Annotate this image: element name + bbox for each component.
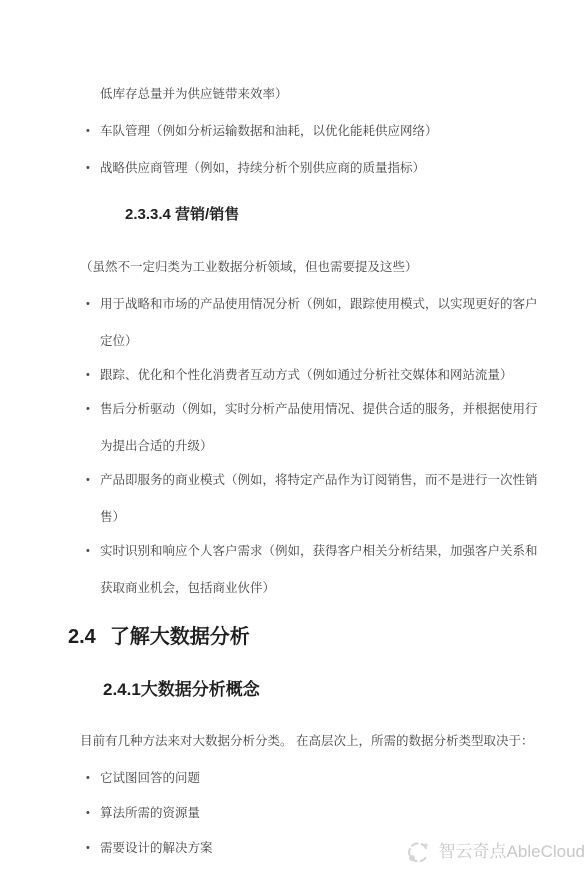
bullet-text: 跟踪、优化和个性化消费者互动方式（例如通过分析社交媒体和网站流量）: [100, 357, 556, 394]
heading-number: 2.4: [68, 623, 96, 651]
heading-title: 了解大数据分析: [110, 623, 250, 651]
bullet-item: • 实时识别和响应个人客户需求（例如，获得客户相关分析结果，加强客户关系和 获取…: [80, 533, 556, 607]
bullet-item: • 跟踪、优化和个性化消费者互动方式（例如通过分析社交媒体和网站流量）: [80, 357, 556, 394]
bullet-text: 车队管理（例如分析运输数据和油耗，以优化能耗供应网络）: [100, 113, 556, 150]
bullet-icon: •: [86, 760, 90, 797]
section-heading-marketing: 2.3.3.4 营销/销售: [125, 203, 556, 227]
intro-paragraph: 目前有几种方法来对大数据分析分类。 在高层次上，所需的数据分析类型取决于：: [80, 723, 556, 760]
section-heading-bigdata: 2.4 了解大数据分析: [68, 623, 556, 651]
bullet-item: • 它试图回答的问题: [80, 760, 556, 797]
bullet-icon: •: [86, 286, 90, 323]
bullet-item: • 算法所需的资源量: [80, 795, 556, 832]
subsection-heading-concepts: 2.4.1大数据分析概念: [103, 678, 556, 702]
note-paragraph: （虽然不一定归类为工业数据分析领域，但也需要提及这些）: [80, 249, 556, 286]
ablecloud-logo-icon: [404, 838, 432, 866]
brand-watermark: 智云奇点AbleCloud: [404, 838, 585, 866]
bullet-item: • 车队管理（例如分析运输数据和油耗，以优化能耗供应网络）: [80, 113, 556, 150]
brand-name: 智云奇点AbleCloud: [439, 838, 585, 866]
bullet-text: 售后分析驱动（例如，实时分析产品使用情况、提供合适的服务，并根据使用行: [100, 391, 556, 428]
bullet-text: 实时识别和响应个人客户需求（例如，获得客户相关分析结果，加强客户关系和: [100, 533, 556, 570]
bullet-icon: •: [86, 391, 90, 428]
bullet-text: 它试图回答的问题: [100, 760, 556, 797]
bullet-text-continuation: 定位）: [100, 323, 556, 360]
bullet-text: 用于战略和市场的产品使用情况分析（例如，跟踪使用模式，以实现更好的客户: [100, 286, 556, 323]
bullet-icon: •: [86, 533, 90, 570]
document-body: 低库存总量并为供应链带来效率） • 车队管理（例如分析运输数据和油耗，以优化能耗…: [80, 76, 556, 865]
bullet-icon: •: [86, 113, 90, 150]
bullet-text: 战略供应商管理（例如，持续分析个别供应商的质量指标）: [100, 150, 556, 187]
bullet-icon: •: [86, 462, 90, 499]
bullet-text-continuation: 为提出合适的升级）: [100, 428, 556, 465]
bullet-item: • 用于战略和市场的产品使用情况分析（例如，跟踪使用模式，以实现更好的客户 定位…: [80, 286, 556, 360]
bullet-icon: •: [86, 795, 90, 832]
bullet-text-continuation: 售）: [100, 499, 556, 536]
bullet-text: 算法所需的资源量: [100, 795, 556, 832]
bullet-icon: •: [86, 357, 90, 394]
bullet-icon: •: [86, 150, 90, 187]
bullet-continuation-line: 低库存总量并为供应链带来效率）: [80, 76, 556, 113]
bullet-text: 产品即服务的商业模式（例如，将特定产品作为订阅销售，而不是进行一次性销: [100, 462, 556, 499]
bullet-text-continuation: 获取商业机会，包括商业伙伴）: [100, 570, 556, 607]
bullet-item: • 战略供应商管理（例如，持续分析个别供应商的质量指标）: [80, 150, 556, 187]
bullet-item: • 产品即服务的商业模式（例如，将特定产品作为订阅销售，而不是进行一次性销 售）: [80, 462, 556, 536]
bullet-icon: •: [86, 830, 90, 867]
bullet-item: • 售后分析驱动（例如，实时分析产品使用情况、提供合适的服务，并根据使用行 为提…: [80, 391, 556, 465]
document-page: 低库存总量并为供应链带来效率） • 车队管理（例如分析运输数据和油耗，以优化能耗…: [0, 0, 587, 876]
